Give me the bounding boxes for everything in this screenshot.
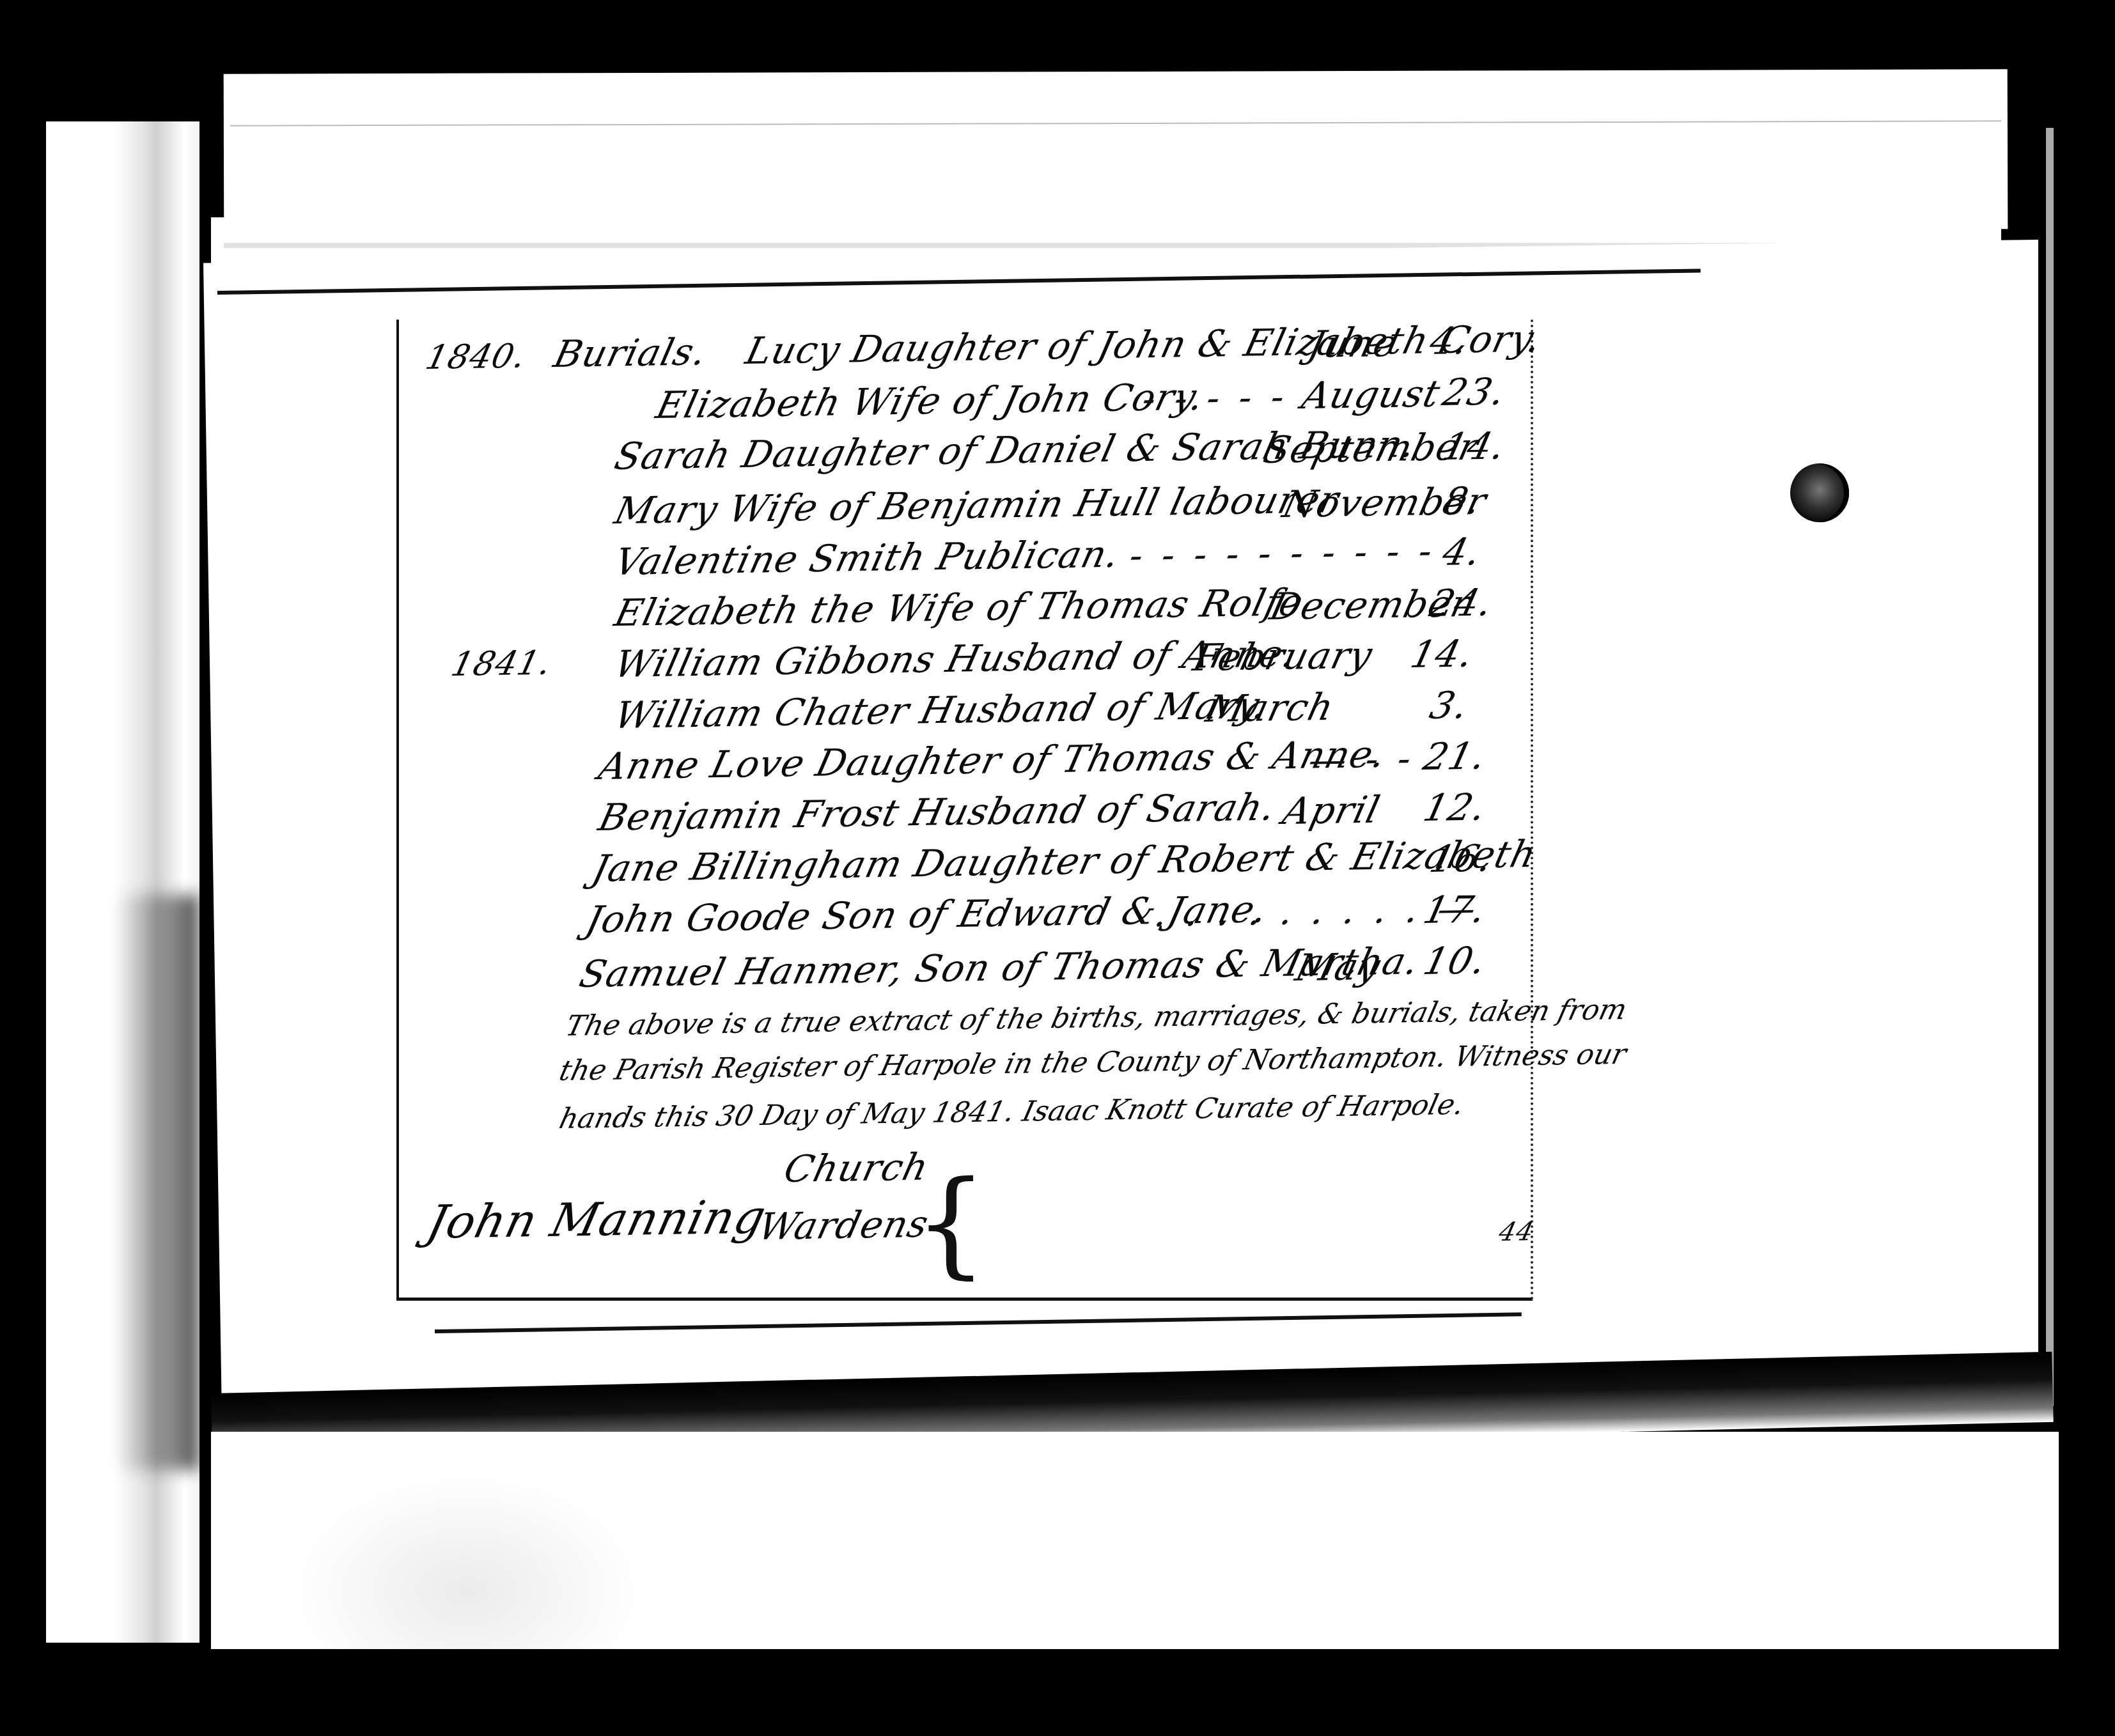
role-wardens: Wardens — [754, 1202, 933, 1248]
back-sheet — [224, 69, 2008, 233]
page-mark: 44 — [1496, 1217, 1537, 1247]
entry-12-day: 17. — [1419, 888, 1490, 932]
leader-dots: - - - - - - - - - - — [1125, 529, 1441, 577]
entry-3-day: 14. — [1439, 424, 1510, 469]
right-page-edge — [2046, 128, 2054, 1406]
entry-2-month: August — [1298, 372, 1444, 417]
entry-5-text: Valentine Smith Publican. — [611, 532, 1124, 584]
entry-9-day: 21. — [1419, 734, 1490, 779]
signature-john-manning: John Manning — [422, 1190, 771, 1249]
entry-13-day: 10. — [1419, 939, 1490, 983]
leader-dots: — - - — [1304, 736, 1420, 782]
year-1840: 1840. — [422, 337, 529, 377]
entry-6-day: 24. — [1426, 581, 1497, 625]
entry-10-month: April — [1279, 788, 1384, 833]
role-church: Church — [780, 1145, 933, 1191]
entry-2-day: 23. — [1439, 370, 1510, 414]
entry-1-month: June — [1304, 322, 1402, 366]
entry-8-month: March — [1202, 685, 1338, 731]
year-1841: 1841. — [448, 644, 555, 684]
spine-shadow — [115, 895, 198, 1470]
brace-icon: { — [914, 1157, 988, 1290]
section-label: Burials. — [550, 330, 711, 376]
leader-dots: - - - - - — [1138, 375, 1293, 421]
entry-11-day: 16. — [1426, 837, 1497, 881]
entry-7-day: 14. — [1407, 632, 1478, 676]
entry-13-month: May — [1292, 945, 1385, 989]
entry-2-text: Elizabeth Wife of John Cory. — [652, 375, 1208, 427]
entry-10-day: 12. — [1419, 786, 1490, 830]
entry-7-month: February — [1189, 633, 1377, 679]
scan-bottom-border — [0, 1649, 2115, 1736]
binding-stud-icon — [1790, 463, 1849, 522]
